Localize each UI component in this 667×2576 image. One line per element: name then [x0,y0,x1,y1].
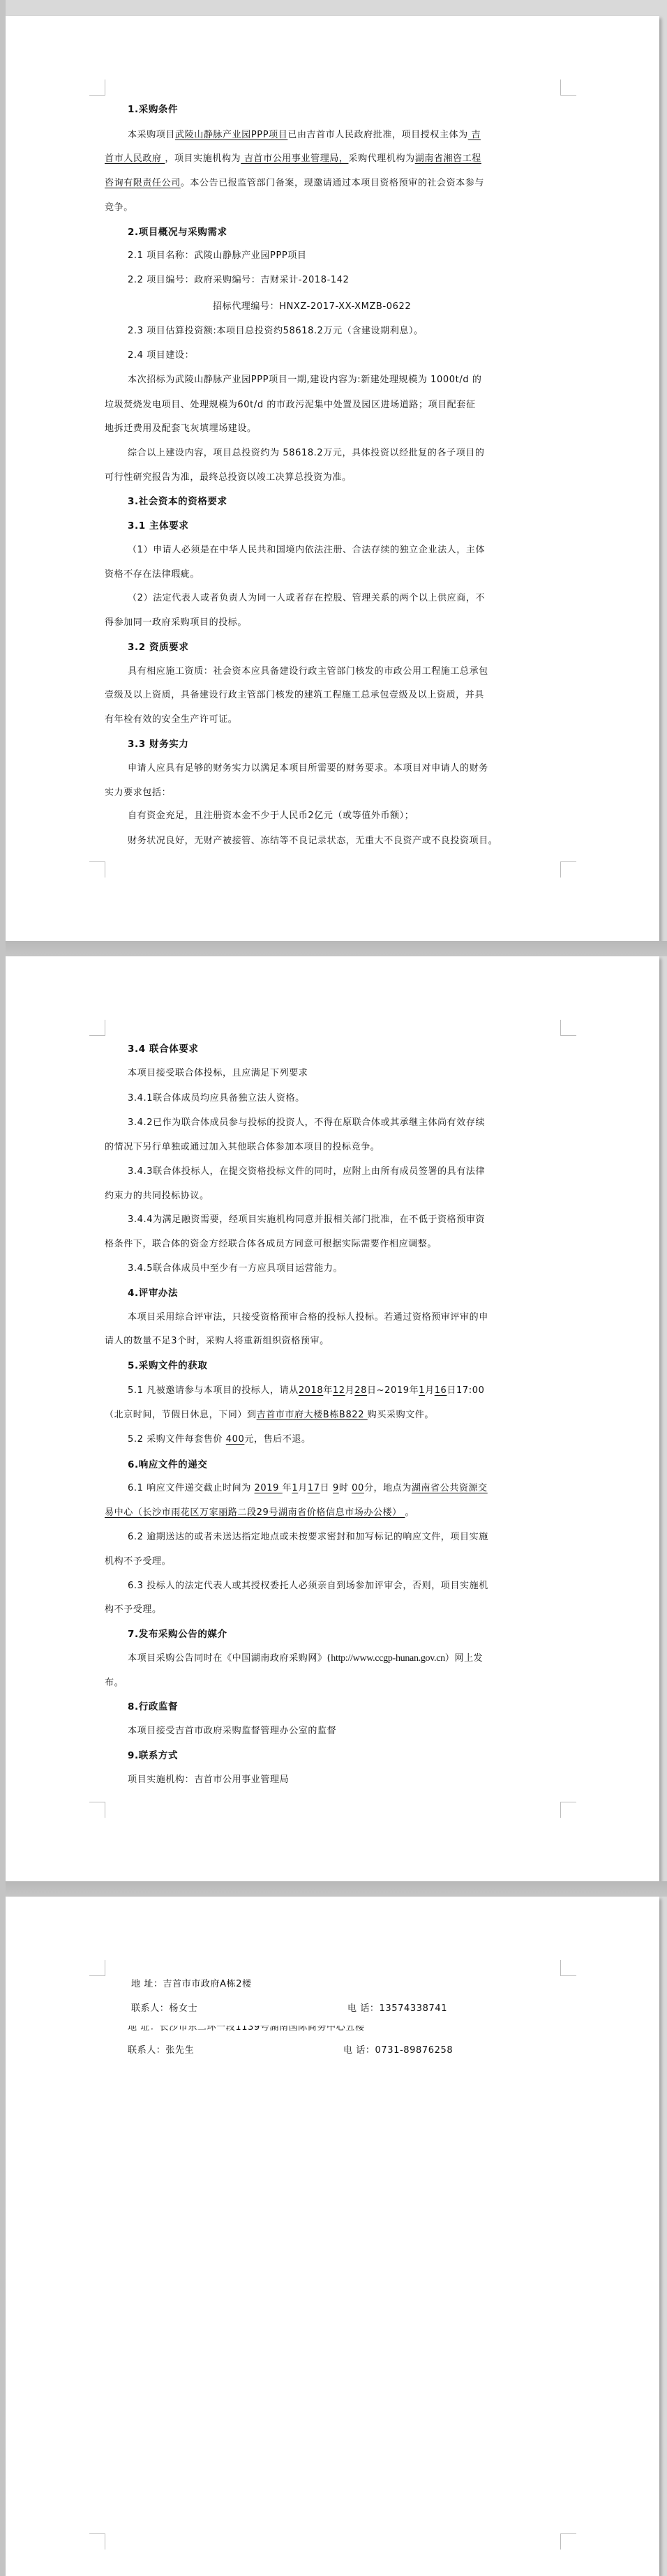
deadline-minute: 00 [352,1483,364,1493]
text-run: 月 [345,1385,355,1396]
text-run: 年 [323,1385,333,1396]
text-run: 购买采购文件。 [368,1410,434,1420]
text-run: ）网上发 [445,1653,483,1664]
s3-2-line-1: 具有相应施工资质：社会资本应具备建设行政主管部门核发的市政公用工程施工总承包 [128,666,488,677]
heading-3-4: 3.4 联合体要求 [128,1044,199,1055]
deadline-day: 17 [308,1483,320,1493]
s6-3-line-1: 6.3 投标人的法定代表人或其授权委托人必须亲自到场参加评审会，否则，项目实施机 [128,1581,488,1592]
agent-address: 地 址：长沙市东二环一段1139号湖南国际商务中心五楼 [128,2022,364,2033]
text-run: 5.2 采购文件每套售价 [128,1434,226,1445]
implementer-address: 地 址：吉首市市政府A栋2楼 [131,1979,252,1990]
text-run: 本项目采购公告同时在《中国湖南政府采购网》( [128,1653,331,1664]
s6-2-line-1: 6.2 逾期送达的或者未送达指定地点或未按要求密封和加写标记的响应文件，项目实施 [128,1532,488,1543]
build-paragraph-line-1: 本次招标为武陵山静脉产业园PPP项目一期,建设内容为:新建处理规模为 1000t… [128,375,482,386]
page-1: 1.采购条件 本采购项目武陵山静脉产业园PPP项目已由吉首市人民政府批准，项目授… [6,16,659,941]
s1-paragraph-line-1: 本采购项目武陵山静脉产业园PPP项目已由吉首市人民政府批准，项目授权主体为 吉 [128,130,481,141]
crop-mark-bottom-left [89,2533,105,2549]
document-viewport[interactable]: 1.采购条件 本采购项目武陵山静脉产业园PPP项目已由吉首市人民政府批准，项目授… [0,0,667,2576]
s5-1-line-2: （北京时间，节假日休息，下同）到吉首市市府大楼B栋B822 购买采购文件。 [105,1410,434,1421]
crop-mark-bottom-right [560,1802,576,1818]
s3-1-item-2-line-2: 得参加同一政府采购项目的投标。 [105,617,247,628]
page-2: 3.4 联合体要求 本项目接受联合体投标，且应满足下列要求 3.4.1联合体成员… [6,956,659,1881]
crop-mark-top-left [89,1960,105,1976]
viewport-left-edge [0,0,6,2576]
heading-1: 1.采购条件 [128,104,178,115]
s7-line-2: 布。 [105,1678,123,1689]
text-run: 月 [425,1385,435,1396]
page-3: 地 址：吉首市市政府A栋2楼 联系人：杨女士 电 话：13574338741 地… [6,1897,659,2576]
s1-paragraph-line-2: 首市人民政府 ，项目实施机构为 吉首市公用事业管理局，采购代理机构为湖南省湘咨工… [105,153,481,165]
item-2-1: 2.1 项目名称：武陵山静脉产业园PPP项目 [128,250,307,262]
deadline-year: 2019 [255,1483,283,1493]
text-run: 。本公告已报监管部门备案，现邀请通过本项目资格预审的社会资本参与 [181,178,484,188]
s4-line-1: 本项目采用综合评审法，只接受资格预审合格的投标人投标。若通过资格预审评审的申 [128,1312,488,1323]
build-paragraph-line-2: 垃圾焚烧发电项目、处理规模为60t/d 的市政污泥集中处置及园区进场道路；项目配… [105,400,476,411]
s7-line-1: 本项目采购公告同时在《中国湖南政府采购网》(http://www.ccgp-hu… [128,1653,483,1664]
s3-1-item-1-line-2: 资格不存在法律瑕疵。 [105,569,200,580]
implementer-underlined: 吉首市公用事业管理局， [241,153,348,164]
text-run: （北京时间，节假日休息，下同）到 [105,1410,257,1420]
s3-3-line-1: 申请人应具有足够的财务实力以满足本项目所需要的财务要求。本项目对申请人的财务 [128,763,488,774]
deadline-hour: 9 [333,1483,339,1493]
crop-mark-top-right [560,80,576,96]
implementer-phone: 电 话：13574338741 [347,2003,447,2014]
s5-1-line-1: 5.1 凡被邀请参与本项目的投标人，请从2018年12月28日~2019年1月1… [128,1385,485,1396]
agent-underlined: 湖南省湘咨工程 [415,153,481,164]
s3-4-intro: 本项目接受联合体投标，且应满足下列要求 [128,1068,308,1079]
text-run: 日~2019年 [367,1385,419,1396]
heading-7: 7.发布采购公告的媒介 [128,1629,227,1640]
total-paragraph-line-2: 可行性研究报告为准，最终总投资以竣工决算总投资为准。 [105,472,352,483]
crop-mark-bottom-right [560,2533,576,2549]
total-paragraph-line-1: 综合以上建设内容，项目总投资约为 58618.2万元，具体投资以经批复的各子项目… [128,448,485,459]
authority-underlined: 吉 [468,130,481,140]
start-month: 12 [333,1385,345,1396]
purchase-location: 吉首市市府大楼B栋B822 [257,1410,368,1420]
end-day: 16 [435,1385,447,1396]
heading-8: 8.行政监督 [128,1701,178,1712]
s5-2: 5.2 采购文件每套售价 400元，售后不退。 [128,1434,311,1445]
text-run: 本采购项目 [128,130,175,140]
end-month: 1 [419,1385,425,1396]
crop-mark-top-left [89,1020,105,1036]
s6-1-line-2: 易中心（长沙市雨花区万家丽路二段29号湖南省价格信息市场办公楼） 。 [105,1507,414,1519]
text-run: 分，地点为 [364,1483,412,1493]
text-run: 6.1 响应文件递交截止时间为 [128,1483,255,1493]
item-2-3: 2.3 项目估算投资额:本项目总投资约58618.2万元（含建设期利息）。 [128,326,424,337]
procurement-website-link[interactable]: http://www.ccgp-hunan.gov.cn [331,1653,445,1664]
heading-9: 9.联系方式 [128,1750,178,1761]
contact-implementer: 项目实施机构：吉首市公用事业管理局 [128,1775,289,1786]
crop-mark-top-right [560,1960,576,1976]
s1-paragraph-line-3: 咨询有限责任公司。本公告已报监管部门备案，现邀请通过本项目资格预审的社会资本参与 [105,178,484,189]
s3-3-line-4: 财务状况良好，无财产被接管、冻结等不良记录状态，无重大不良资产或不良投资项目。 [128,836,497,847]
text-run: 日 [320,1483,333,1493]
s3-2-line-2: 壹级及以上资质，具备建设行政主管部门核发的建筑工程施工总承包壹级及以上资质，并具 [105,690,484,701]
build-paragraph-line-3: 地拆迁费用及配套飞灰填埋场建设。 [105,423,257,435]
text-run: 。 [405,1507,414,1518]
text-run: 5.1 凡被邀请参与本项目的投标人，请从 [128,1385,299,1396]
crop-mark-bottom-right [560,861,576,878]
page-separator [6,1881,667,1897]
agent-phone: 电 话：0731-89876258 [343,2045,453,2056]
heading-3: 3.社会资本的资格要求 [128,496,227,507]
text-run: 采购代理机构为 [349,153,415,164]
heading-5: 5.采购文件的获取 [128,1360,207,1371]
text-run: 元，售后不退。 [244,1434,310,1445]
agent-underlined: 咨询有限责任公司 [105,178,181,188]
s3-3-line-2: 实力要求包括： [105,788,171,799]
s1-paragraph-line-4: 竞争。 [105,202,133,213]
crop-mark-bottom-left [89,1802,105,1818]
s3-4-4-line-1: 3.4.4为满足融资需要，经项目实施机构同意并报相关部门批准，在不低于资格预审资 [128,1214,485,1226]
s3-2-line-3: 有年检有效的安全生产许可证。 [105,714,237,725]
submission-location: 湖南省公共资源交 [412,1483,488,1493]
heading-4: 4.评审办法 [128,1288,178,1299]
text-run: 时 [339,1483,352,1493]
crop-mark-top-right [560,1020,576,1036]
text-run: 日17:00 [447,1385,484,1396]
s3-4-2-line-2: 的情况下另行单独或通过加入其他联合体参加本项目的投标竞争。 [105,1142,380,1153]
s3-4-3-line-2: 约束力的共同投标协议。 [105,1191,209,1202]
s3-4-1: 3.4.1联合体成员均应具备独立法人资格。 [128,1093,305,1104]
text-run: 已由吉首市人民政府批准，项目授权主体为 [287,130,467,140]
page-separator [6,941,667,956]
deadline-month: 1 [292,1483,298,1493]
s6-1-line-1: 6.1 响应文件递交截止时间为 2019 年1月17日 9时 00分，地点为湖南… [128,1483,488,1494]
text-run: ，项目实施机构为 [165,153,241,164]
s3-4-2-line-1: 3.4.2已作为联合体成员参与投标的投资人，不得在原联合体或其承继主体尚有效存续 [128,1117,485,1129]
text-run: 年 [283,1483,292,1493]
item-2-2: 2.2 项目编号：政府采购编号：吉财采计-2018-142 [128,275,350,286]
s8-text: 本项目接受吉首市政府采购监督管理办公室的监督 [128,1726,336,1737]
agent-contact: 联系人：张先生 [128,2045,194,2056]
s3-1-item-1-line-1: （1）申请人必须是在中华人民共和国境内依法注册、合法存续的独立企业法人，主体 [128,545,485,556]
s3-4-4-line-2: 格条件下，联合体的资金方经联合体各成员方同意可根据实际需要作相应调整。 [105,1239,437,1250]
heading-3-1: 3.1 主体要求 [128,520,188,532]
start-year: 2018 [299,1385,323,1396]
item-2-4: 2.4 项目建设： [128,350,194,361]
submission-location: 易中心（长沙市雨花区万家丽路二段29号湖南省价格信息市场办公楼） [105,1507,405,1518]
s3-4-5: 3.4.5联合体成员中至少有一方应具项目运营能力。 [128,1263,343,1274]
crop-mark-top-left [89,80,105,96]
s4-line-2: 请人的数量不足3个时，采购人将重新组织资格预审。 [105,1336,329,1347]
document-price: 400 [226,1434,245,1445]
heading-3-2: 3.2 资质要求 [128,642,188,653]
heading-2: 2.项目概况与采购需求 [128,227,227,238]
s6-2-line-2: 机构不予受理。 [105,1556,171,1567]
authority-underlined: 首市人民政府 [105,153,165,164]
implementer-contact: 联系人：杨女士 [131,2003,197,2014]
crop-mark-bottom-left [89,861,105,878]
s3-1-item-2-line-1: （2）法定代表人或者负责人为同一人或者存在控股、管理关系的两个以上供应商，不 [128,593,485,604]
s3-4-3-line-1: 3.4.3联合体投标人，在提交资格投标文件的同时，应附上由所有成员签署的具有法律 [128,1166,485,1177]
start-day: 28 [354,1385,367,1396]
project-name-underlined: 武陵山静脉产业园PPP项目 [175,130,287,140]
item-2-2-agency-number: 招标代理编号：HNXZ-2017-XX-XMZB-0622 [213,301,411,312]
s6-3-line-2: 构不予受理。 [105,1604,162,1615]
heading-6: 6.响应文件的递交 [128,1459,207,1470]
text-run: 月 [298,1483,308,1493]
heading-3-3: 3.3 财务实力 [128,739,188,750]
s3-3-line-3: 自有资金充足，且注册资本金不少于人民币2亿元（或等值外币额）； [128,811,414,822]
